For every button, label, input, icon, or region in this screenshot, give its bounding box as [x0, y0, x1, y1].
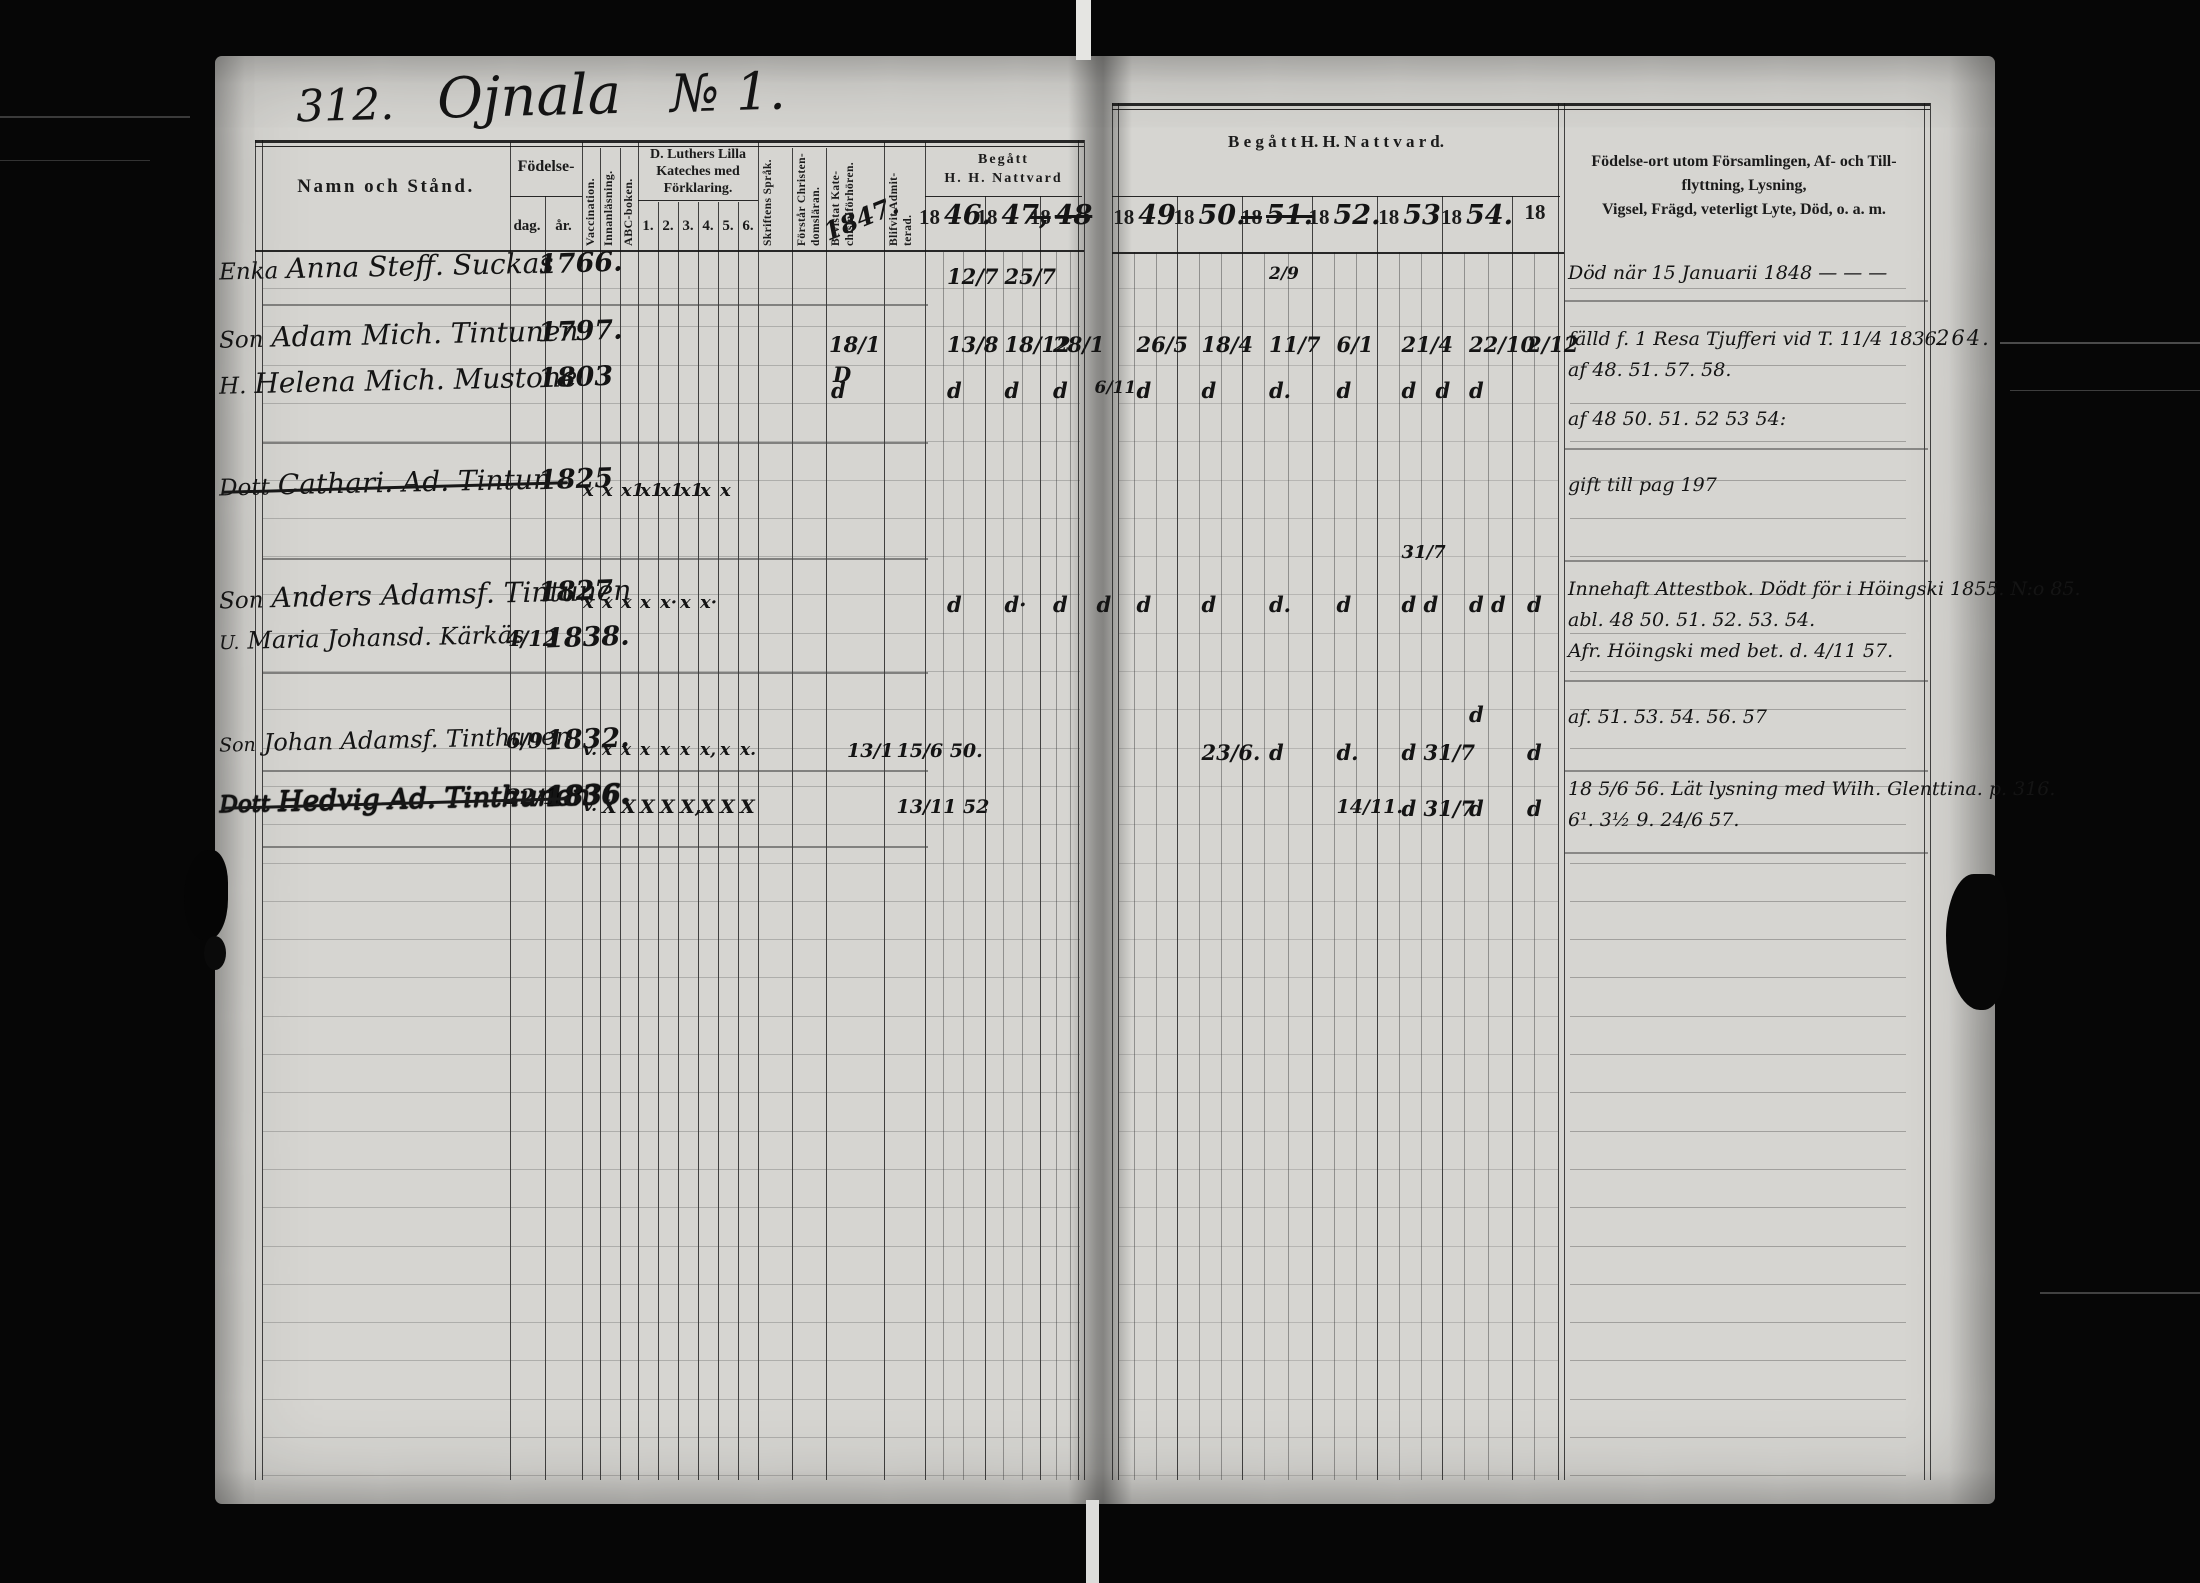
row-prefix: Dott	[219, 474, 270, 501]
row-mark: d	[1527, 740, 1542, 765]
year-printed-prefix: 18	[977, 205, 998, 230]
row-note-line: Afr. Höingski med bet. d. 4/11 57.	[1568, 640, 1893, 662]
scan-dark-blob	[204, 936, 226, 970]
column-line	[1312, 196, 1313, 1480]
page-divider-ribbon-top	[1076, 0, 1091, 60]
column-line	[1558, 103, 1559, 1480]
ruling-line	[262, 1054, 1080, 1055]
ruling-line	[262, 1437, 1080, 1438]
row-mark: x	[621, 740, 631, 760]
table-border-line	[255, 146, 1084, 147]
year-label: 1848	[1040, 200, 1082, 246]
year-printed-prefix: 18	[1241, 205, 1262, 230]
ruling-line	[262, 518, 1080, 519]
group-separator-line	[262, 846, 928, 848]
year-printed-prefix: 18	[1030, 205, 1051, 230]
ruling-line	[262, 824, 1080, 825]
year-label: 1854.	[1442, 200, 1512, 246]
ruling-line	[1570, 1016, 1906, 1017]
row-prefix: U.	[219, 632, 240, 654]
row-mark: x	[680, 592, 691, 613]
row-note-line: gift till pag 197	[1568, 474, 1717, 496]
year-printed-prefix: 18	[1378, 205, 1399, 230]
subcolumn-line	[1464, 252, 1465, 1480]
row-birth-year: 1803	[537, 361, 613, 395]
ruling-line	[262, 863, 1080, 864]
column-line	[758, 142, 759, 1480]
table-border-line	[1112, 109, 1930, 110]
scan-dark-blob	[184, 850, 228, 940]
row-mark: x·	[700, 592, 717, 613]
subcolumn-line	[963, 252, 964, 1480]
subcolumn-line	[1156, 252, 1157, 1480]
subcolumn-line	[943, 252, 944, 1480]
row-mark: d	[1436, 378, 1451, 403]
row-mark: d	[1469, 378, 1484, 403]
ledger-row: EnkaAnna Steff. Suckas	[219, 246, 554, 286]
row-note-line: af 48. 51. 57. 58.	[1568, 359, 1731, 381]
row-mark: d	[1337, 592, 1352, 617]
vertical-column-label: Innanläsning.	[601, 148, 619, 246]
ruling-line	[262, 1475, 1080, 1476]
row-mark: d	[947, 592, 962, 617]
ruling-line	[1118, 1475, 1558, 1476]
row-person-name: Adam Mich. Tintunen	[271, 314, 579, 353]
year-handwritten-suffix: 50.	[1199, 200, 1246, 231]
column-line	[1242, 196, 1243, 1480]
ruling-line	[1118, 326, 1558, 327]
row-mark: 13/1	[847, 740, 894, 762]
group-separator-line	[1564, 448, 1928, 450]
row-mark: x	[602, 480, 613, 501]
year-handwritten-suffix: 54.	[1466, 200, 1513, 231]
ruling-line	[1570, 633, 1906, 634]
row-mark: 12/7	[947, 264, 999, 289]
kateches-column-number: 3.	[678, 218, 698, 235]
ruling-line	[1118, 977, 1558, 978]
ruling-line	[1118, 1207, 1558, 1208]
scan-scratch	[0, 160, 150, 161]
table-border-line	[1112, 252, 1564, 254]
row-mark: d	[1202, 592, 1217, 617]
year-printed-prefix: 18	[1309, 205, 1330, 230]
row-mark: X	[740, 796, 755, 818]
ruling-line	[1118, 863, 1558, 864]
row-mark: x.	[740, 740, 756, 760]
ruling-line	[1118, 901, 1558, 902]
row-mark: x	[583, 480, 594, 501]
ruling-line	[1570, 1437, 1906, 1438]
margin-folio-number: 264.	[1936, 326, 1991, 350]
row-mark: v.	[583, 740, 597, 760]
row-mark: x,	[700, 740, 716, 760]
group-separator-line	[1564, 300, 1928, 302]
row-note-line: Död när 15 Januarii 1848 — — —	[1568, 262, 1887, 284]
row-mark: v.	[583, 796, 597, 816]
ruling-line	[1570, 1246, 1906, 1247]
ruling-line	[1570, 671, 1906, 672]
row-mark: 22/10	[1469, 332, 1535, 357]
column-header-notes: Födelse-ort utom Församlingen, Af- och T…	[1566, 150, 1922, 222]
row-mark: d	[1402, 378, 1417, 403]
row-mark: X,	[680, 796, 701, 818]
year-printed-prefix: 18	[919, 205, 940, 230]
ruling-line	[1570, 441, 1906, 442]
ruling-line	[1118, 1284, 1558, 1285]
page-number: 312.	[296, 79, 395, 133]
ruling-line	[1118, 824, 1558, 825]
row-note-line: abl. 48 50. 51. 52. 53. 54.	[1568, 609, 1815, 631]
ruling-line	[1570, 748, 1906, 749]
subcolumn-line	[1264, 252, 1265, 1480]
page-title-handwritten: 312. Ojnala № 1.	[295, 58, 786, 136]
ruling-line	[1570, 1169, 1906, 1170]
ruling-line	[1570, 1284, 1906, 1285]
row-mark: 28/1	[1053, 332, 1105, 357]
ruling-line	[1570, 977, 1906, 978]
column-header-birth-day: dag.	[508, 218, 546, 235]
ruling-line	[1570, 1207, 1906, 1208]
year-label: 18	[1512, 200, 1558, 246]
ruling-line	[1570, 1054, 1906, 1055]
year-handwritten-suffix: 52.	[1334, 200, 1381, 231]
row-mark: x	[640, 592, 651, 613]
row-mark: x	[660, 740, 670, 760]
row-mark: d	[1527, 592, 1542, 617]
scan-scratch	[2040, 1292, 2200, 1294]
year-handwritten-suffix: 53	[1403, 200, 1441, 231]
row-note-line: 18 5/6 56. Lät lysning med Wilh. Glentti…	[1568, 778, 2055, 800]
row-birth-year: 1797.	[537, 315, 623, 349]
row-mark: d	[1469, 702, 1484, 727]
row-mark: X	[640, 796, 655, 818]
ruling-line	[1570, 288, 1906, 289]
column-line	[1377, 196, 1378, 1480]
year-label: 1851.	[1242, 200, 1312, 246]
table-border-line	[1112, 103, 1930, 106]
ruling-line	[262, 1360, 1080, 1361]
vertical-column-label: Bevistat Kate- chismiförhören.	[829, 148, 881, 246]
ruling-line	[262, 709, 1080, 710]
column-line	[600, 148, 601, 1480]
year-label: 1850.	[1177, 200, 1242, 246]
row-mark: x	[621, 592, 632, 613]
row-birth-year: 1838.	[544, 621, 630, 655]
column-line	[1512, 196, 1513, 1480]
ruling-line	[262, 556, 1080, 557]
year-handwritten-suffix: 49	[1138, 200, 1176, 231]
year-printed-prefix: 18	[1113, 205, 1134, 230]
row-mark: d.	[1269, 378, 1291, 403]
ruling-line	[1118, 1054, 1558, 1055]
ruling-line	[1570, 1322, 1906, 1323]
column-line	[1118, 103, 1119, 1480]
ruling-line	[262, 1246, 1080, 1247]
row-prefix: Enka	[219, 258, 279, 285]
column-header-name: Namn och Stånd.	[262, 176, 510, 198]
column-header-birth-year: år.	[545, 218, 582, 235]
ruling-line	[262, 1092, 1080, 1093]
group-separator-line	[1564, 560, 1928, 562]
subcolumn-line	[1488, 252, 1489, 1480]
table-border-line	[510, 196, 582, 197]
ruling-line	[1570, 863, 1906, 864]
row-mark: d 31/7	[1402, 796, 1476, 821]
row-mark: d	[1269, 740, 1284, 765]
row-mark: x	[720, 480, 731, 501]
subcolumn-line	[1056, 252, 1057, 1480]
row-note-line: af. 51. 53. 54. 56. 57	[1568, 706, 1767, 728]
subcolumn-line	[1199, 252, 1200, 1480]
ruling-line	[262, 1169, 1080, 1170]
ruling-line	[1570, 556, 1906, 557]
kateches-column-number: 5.	[718, 218, 738, 235]
column-line	[884, 142, 885, 1480]
ruling-line	[1118, 480, 1558, 481]
row-mark: d	[1469, 796, 1484, 821]
row-mark: d	[1137, 378, 1152, 403]
row-birth-year: 1766.	[537, 247, 623, 281]
row-mark: 6/11	[1095, 378, 1137, 398]
ruling-line	[1118, 518, 1558, 519]
ruling-line	[262, 1399, 1080, 1400]
row-note-line: af 48 50. 51. 52 53 54:	[1568, 408, 1786, 430]
row-note-line: Innehaft Attestbok. Dödt för i Höingski …	[1568, 578, 2081, 600]
group-separator-line	[262, 770, 928, 772]
row-mark: 13/8	[947, 332, 999, 357]
vertical-column-label: Skriftens Språk.	[761, 148, 789, 246]
row-mark: x	[640, 740, 650, 760]
year-label: 1849	[1112, 200, 1177, 246]
row-mark: d 31/7	[1402, 740, 1476, 765]
ruling-line	[1118, 288, 1558, 289]
ruling-line	[1118, 403, 1558, 404]
ruling-line	[1570, 518, 1906, 519]
ruling-line	[1570, 1092, 1906, 1093]
subcolumn-line	[1003, 252, 1004, 1480]
ruling-line	[1118, 1360, 1558, 1361]
row-person-name: Anna Steff. Suckas	[286, 246, 554, 285]
year-handwritten-suffix: 51.	[1266, 200, 1313, 231]
column-line	[826, 148, 827, 1480]
row-prefix: H.	[219, 373, 247, 400]
ruling-line	[262, 1284, 1080, 1285]
kateches-column-number: 6.	[738, 218, 758, 235]
scan-scratch	[0, 116, 190, 118]
ruling-line	[1118, 365, 1558, 366]
subcolumn-line	[1070, 252, 1071, 1480]
column-line	[1040, 196, 1041, 1480]
vertical-column-label: Blifvit Admit- terad.	[887, 148, 922, 246]
ruling-line	[1570, 1360, 1906, 1361]
row-mark: 15/6 50.	[897, 740, 983, 762]
subcolumn-line	[1399, 252, 1400, 1480]
row-mark: 11/7	[1269, 332, 1321, 357]
column-line	[678, 202, 679, 1480]
row-mark: X	[621, 796, 636, 818]
group-separator-line	[1564, 680, 1928, 682]
ruling-line	[1118, 441, 1558, 442]
ruling-line	[1118, 786, 1558, 787]
row-mark: x	[583, 592, 594, 613]
row-birth-day: 6/9	[506, 728, 543, 753]
row-mark: 23/6.	[1202, 740, 1261, 765]
ruling-line	[1570, 939, 1906, 940]
ruling-line	[1570, 1475, 1906, 1476]
year-printed-prefix: 18	[1441, 205, 1462, 230]
row-mark: d.	[1337, 740, 1359, 765]
year-handwritten-suffix: 48	[1055, 200, 1093, 231]
row-mark: d	[1137, 592, 1152, 617]
ruling-line	[1570, 1399, 1906, 1400]
row-mark: 26/5	[1137, 332, 1189, 357]
row-prefix: Son	[219, 327, 264, 354]
subcolumn-line	[1221, 252, 1222, 1480]
row-prefix: Son	[219, 734, 256, 757]
table-border-line	[638, 200, 758, 201]
row-mark: d	[1053, 378, 1068, 403]
row-mark: 6/1	[1337, 332, 1374, 357]
row-mark: 31/7	[1402, 542, 1446, 563]
row-mark: X	[720, 796, 735, 818]
kateches-column-number: 4.	[698, 218, 718, 235]
column-line	[718, 202, 719, 1480]
row-mark: 25/7	[1005, 264, 1057, 289]
column-line	[638, 142, 639, 1480]
row-mark: d d	[1402, 592, 1439, 617]
subcolumn-line	[1356, 252, 1357, 1480]
ruling-line	[1118, 1322, 1558, 1323]
village-name: Ojnala	[436, 62, 622, 132]
row-mark: d	[1005, 378, 1020, 403]
row-prefix: Dott	[219, 791, 270, 818]
row-note-line: fälld f. 1 Resa Tjufferi vid T. 11/4 183…	[1568, 328, 1943, 350]
ruling-line	[1118, 709, 1558, 710]
subcolumn-line	[1134, 252, 1135, 1480]
year-label: 1853	[1377, 200, 1442, 246]
year-printed-prefix: 18	[1174, 205, 1195, 230]
row-mark: x	[602, 592, 613, 613]
row-mark: d	[1097, 592, 1112, 617]
ruling-line	[1570, 901, 1906, 902]
group-separator-line	[262, 558, 928, 560]
column-line	[698, 202, 699, 1480]
subcolumn-line	[1421, 252, 1422, 1480]
ruling-line	[1118, 556, 1558, 557]
scan-scratch	[2000, 342, 2200, 344]
row-mark: X	[602, 796, 617, 818]
ruling-line	[1118, 1016, 1558, 1017]
group-separator-line	[262, 672, 928, 674]
column-line	[1112, 103, 1113, 1480]
row-mark: 18/4	[1202, 332, 1254, 357]
row-mark: x·	[660, 592, 677, 613]
ruling-line	[262, 1322, 1080, 1323]
row-mark: d	[1053, 592, 1068, 617]
row-mark: x	[680, 740, 690, 760]
row-note-line: 6¹. 3½ 9. 24/6 57.	[1568, 809, 1739, 831]
row-mark: d	[947, 378, 962, 403]
column-group-nattvard-left: Begått H. H. Nattvard	[925, 150, 1082, 188]
row-mark: d	[831, 378, 846, 403]
vertical-column-label: ABC-boken.	[621, 148, 637, 246]
table-border-line	[1112, 196, 1560, 197]
group-separator-line	[262, 304, 928, 306]
column-line	[738, 202, 739, 1480]
household-number: № 1.	[669, 62, 786, 125]
kateches-column-number: 1.	[638, 218, 658, 235]
ruling-line	[262, 1016, 1080, 1017]
ruling-line	[1118, 1246, 1558, 1247]
ruling-line	[1118, 1437, 1558, 1438]
kateches-column-number: 2.	[658, 218, 678, 235]
row-person-name: Maria Johansd. Kärkäs	[247, 621, 525, 655]
scan-scratch	[2010, 390, 2200, 391]
column-header-kateches: D. Luthers Lilla Kateches med Förklaring…	[638, 146, 758, 197]
ruling-line	[262, 403, 1080, 404]
subcolumn-line	[1022, 252, 1023, 1480]
row-prefix: Son	[219, 587, 264, 614]
row-person-name: Helena Mich. Mustone	[254, 360, 578, 400]
row-mark: x	[700, 480, 711, 501]
ruling-line	[1118, 1092, 1558, 1093]
column-line	[985, 196, 986, 1480]
group-separator-line	[1564, 852, 1928, 854]
page-divider-ribbon-bottom	[1086, 1500, 1099, 1583]
row-mark: x	[720, 740, 730, 760]
row-mark: 2/9	[1269, 264, 1299, 284]
column-line	[1177, 196, 1178, 1480]
ruling-line	[262, 939, 1080, 940]
year-printed-prefix: 18	[1525, 200, 1546, 225]
group-separator-line	[1564, 770, 1928, 772]
row-mark: d	[1202, 378, 1217, 403]
group-separator-line	[262, 442, 928, 444]
row-mark: 14/11.	[1337, 796, 1403, 818]
row-mark: d·	[1005, 592, 1027, 617]
ruling-line	[1118, 1131, 1558, 1132]
ruling-line	[262, 1131, 1080, 1132]
ruling-line	[262, 1207, 1080, 1208]
row-mark: 18/1	[829, 332, 881, 357]
subcolumn-line	[1534, 252, 1535, 1480]
row-mark: d	[1527, 796, 1542, 821]
ruling-line	[262, 977, 1080, 978]
ruling-line	[262, 901, 1080, 902]
column-line	[658, 202, 659, 1480]
row-mark: d d	[1469, 592, 1506, 617]
table-border-line	[925, 196, 1082, 197]
subcolumn-line	[1288, 252, 1289, 1480]
row-mark: x	[602, 740, 612, 760]
vertical-column-label: Vaccination.	[583, 148, 599, 246]
table-border-line	[255, 140, 1084, 143]
row-mark: X	[700, 796, 715, 818]
column-header-birth-group: Födelse-	[506, 158, 586, 176]
ruling-line	[1118, 939, 1558, 940]
row-mark: X	[660, 796, 675, 818]
column-group-nattvard-right: B e g å t t H. H. N a t t v a r d.	[1112, 132, 1560, 152]
ruling-line	[1570, 1131, 1906, 1132]
vertical-column-label: Förstår Christen- domsläran.	[795, 148, 823, 246]
row-mark: d	[1337, 378, 1352, 403]
year-label: 1852.	[1312, 200, 1377, 246]
ruling-line	[1118, 1169, 1558, 1170]
column-line	[792, 148, 793, 1480]
column-line	[1564, 103, 1565, 1480]
ruling-line	[1118, 1399, 1558, 1400]
row-mark: 13/11 52	[897, 796, 990, 818]
